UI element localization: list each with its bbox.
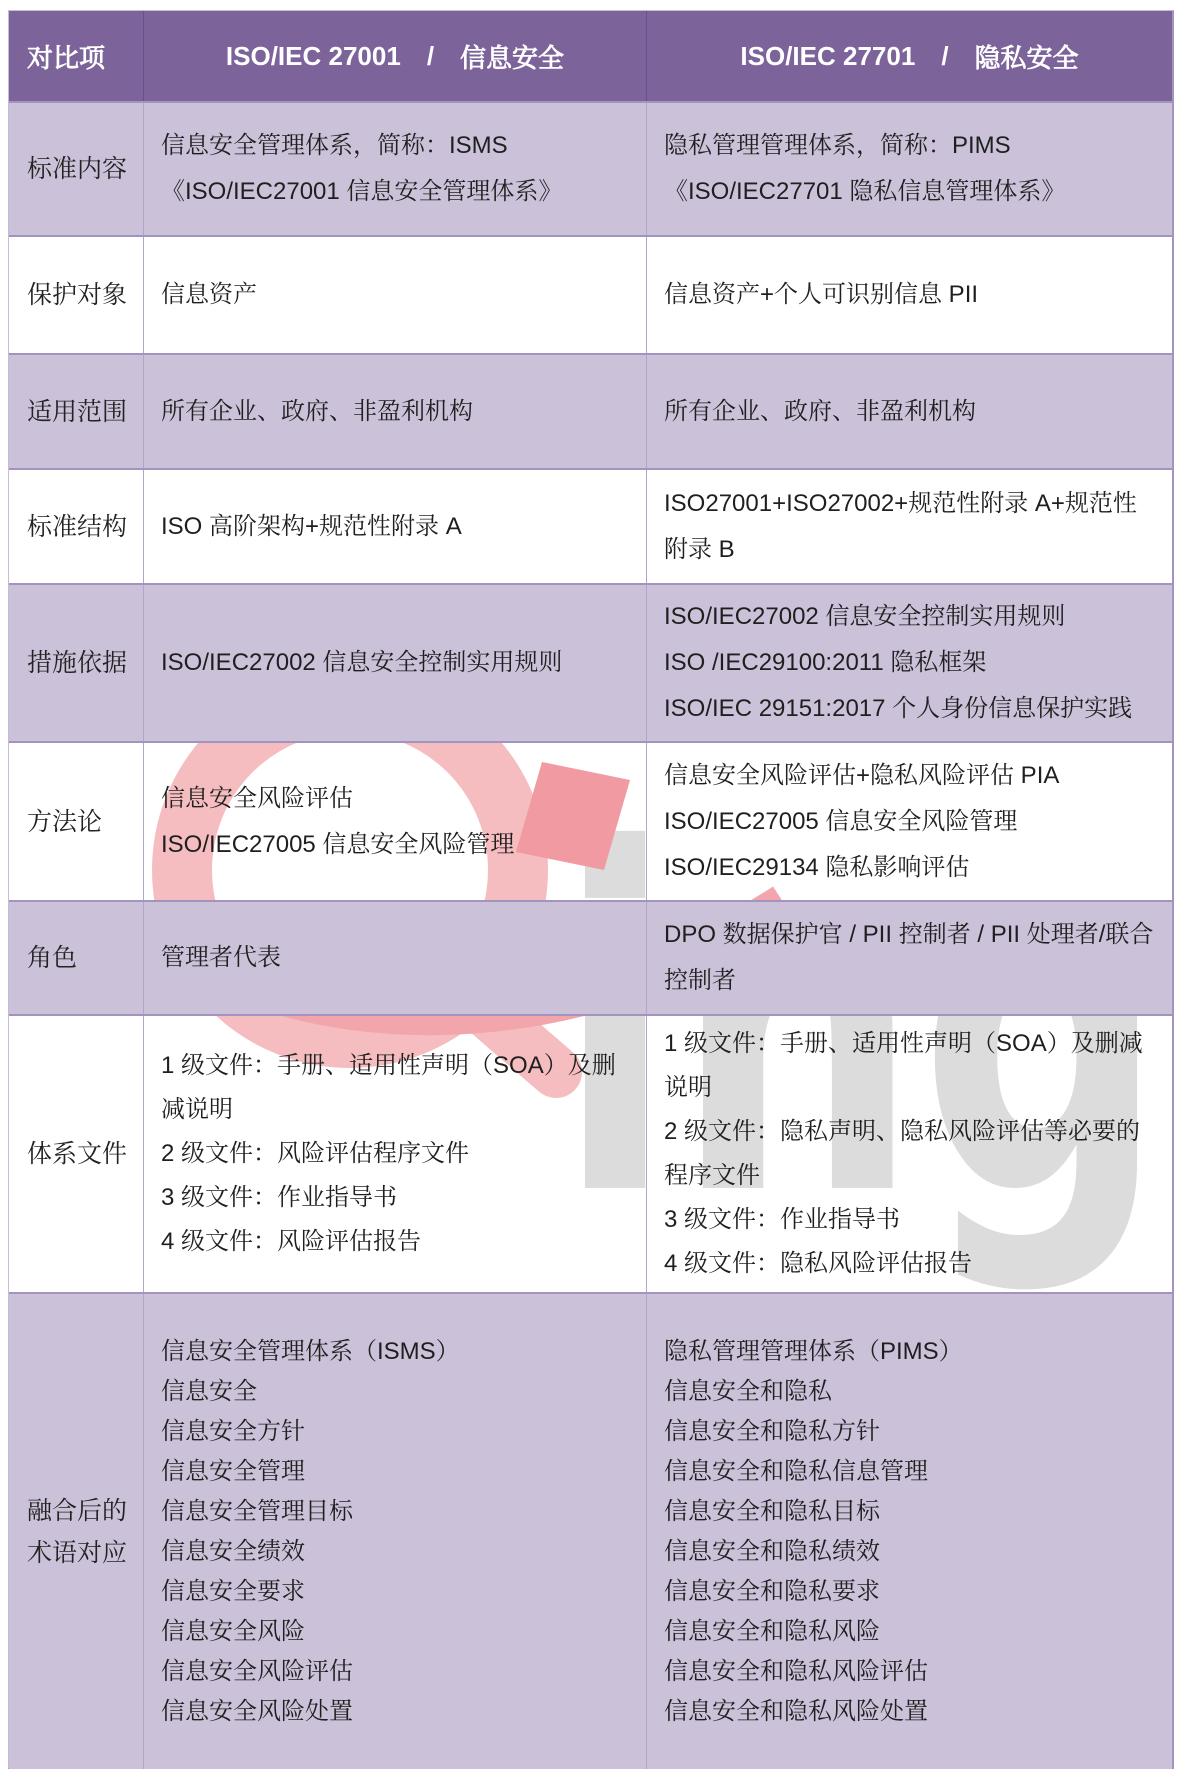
cell-line: 4 级文件：风险评估报告 [161,1220,634,1264]
cell-line: 信息安全风险 [161,1612,634,1652]
header-iso27701-name: 隐私安全 [975,38,1079,75]
row-label: 方法论 [9,743,144,900]
iso-comparison-table-image: ing 对比项 ISO/IEC 27001 / 信息安全 ISO/IEC 277… [0,0,1182,1780]
cell-27701: 信息资产+个人可识别信息 PII [647,237,1172,353]
cell-27701: 信息安全风险评估+隐私风险评估 PIA ISO/IEC27005 信息安全风险管… [647,743,1172,900]
table-row-protected-object: 保护对象 信息资产 信息资产+个人可识别信息 PII [9,235,1172,353]
cell-line: 信息安全绩效 [161,1532,634,1572]
cell-line: 信息安全和隐私要求 [664,1572,1160,1612]
cell-line: 2 级文件：风险评估程序文件 [161,1132,634,1176]
cell-27001: ISO/IEC27002 信息安全控制实用规则 [144,585,647,741]
cell-27701: ISO27001+ISO27002+规范性附录 A+规范性附录 B [647,470,1172,583]
header-separator-slash: / [941,41,948,72]
table-row-system-documents: 体系文件 1 级文件：手册、适用性声明（SOA）及删减说明 2 级文件：风险评估… [9,1014,1172,1292]
row-label: 标准内容 [9,103,144,235]
table-row-standard-structure: 标准结构 ISO 高阶架构+规范性附录 A ISO27001+ISO27002+… [9,468,1172,583]
cell-line: 2 级文件：隐私声明、隐私风险评估等必要的程序文件 [664,1110,1160,1198]
cell-line: 信息安全要求 [161,1572,634,1612]
cell-line: 信息安全和隐私目标 [664,1492,1160,1532]
cell-line: 1 级文件：手册、适用性声明（SOA）及删减说明 [161,1044,634,1132]
cell-27701: 所有企业、政府、非盈利机构 [647,355,1172,468]
row-label: 标准结构 [9,470,144,583]
cell-line: 信息安全和隐私信息管理 [664,1452,1160,1492]
cell-line: 信息安全和隐私风险处置 [664,1692,1160,1732]
cell-27701: 隐私管理管理体系，简称：PIMS 《ISO/IEC27701 隐私信息管理体系》 [647,103,1172,235]
table-row-merged-terms: 融合后的术语对应 信息安全管理体系（ISMS） 信息安全 信息安全方针 信息安全… [9,1292,1172,1769]
cell-line: 信息安全风险处置 [161,1692,634,1732]
header-iso27001-code: ISO/IEC 27001 [226,41,401,72]
cell-line: 信息安全和隐私风险 [664,1612,1160,1652]
table-row-roles: 角色 管理者代表 DPO 数据保护官 / PII 控制者 / PII 处理者/联… [9,900,1172,1014]
comparison-table: 对比项 ISO/IEC 27001 / 信息安全 ISO/IEC 27701 /… [8,10,1174,1769]
cell-line: 信息安全风险评估 [161,1652,634,1692]
cell-27701: ISO/IEC27002 信息安全控制实用规则 ISO /IEC29100:20… [647,585,1172,741]
cell-line: 信息安全和隐私风险评估 [664,1652,1160,1692]
table-row-measure-basis: 措施依据 ISO/IEC27002 信息安全控制实用规则 ISO/IEC2700… [9,583,1172,741]
cell-line: 《ISO/IEC27001 信息安全管理体系》 [161,169,634,215]
table-header-row: 对比项 ISO/IEC 27001 / 信息安全 ISO/IEC 27701 /… [9,11,1172,101]
cell-27701: DPO 数据保护官 / PII 控制者 / PII 处理者/联合控制者 [647,902,1172,1014]
cell-27001: 信息安全风险评估 ISO/IEC27005 信息安全风险管理 [144,743,647,900]
cell-27001: 1 级文件：手册、适用性声明（SOA）及删减说明 2 级文件：风险评估程序文件 … [144,1016,647,1292]
cell-27001: 所有企业、政府、非盈利机构 [144,355,647,468]
cell-line: ISO/IEC 29151:2017 个人身份信息保护实践 [664,686,1160,732]
cell-line: 所有企业、政府、非盈利机构 [161,389,634,435]
cell-line: 信息安全管理 [161,1452,634,1492]
table-row-standard-content: 标准内容 信息安全管理体系，简称：ISMS 《ISO/IEC27001 信息安全… [9,101,1172,235]
cell-27001: ISO 高阶架构+规范性附录 A [144,470,647,583]
row-label: 保护对象 [9,237,144,353]
row-label: 体系文件 [9,1016,144,1292]
cell-line: 信息资产 [161,272,634,318]
cell-27001: 信息安全管理体系（ISMS） 信息安全 信息安全方针 信息安全管理 信息安全管理… [144,1294,647,1769]
cell-line: 信息安全管理目标 [161,1492,634,1532]
row-label: 措施依据 [9,585,144,741]
row-label: 角色 [9,902,144,1014]
cell-27701: 1 级文件：手册、适用性声明（SOA）及删减说明 2 级文件：隐私声明、隐私风险… [647,1016,1172,1292]
cell-27701: 隐私管理管理体系（PIMS） 信息安全和隐私 信息安全和隐私方针 信息安全和隐私… [647,1294,1172,1769]
cell-line: 信息安全风险评估+隐私风险评估 PIA [664,753,1160,799]
cell-line: 信息安全风险评估 [161,776,634,822]
cell-27001: 信息安全管理体系，简称：ISMS 《ISO/IEC27001 信息安全管理体系》 [144,103,647,235]
cell-line: ISO/IEC27002 信息安全控制实用规则 [664,594,1160,640]
table-row-applicable-scope: 适用范围 所有企业、政府、非盈利机构 所有企业、政府、非盈利机构 [9,353,1172,468]
cell-line: 1 级文件：手册、适用性声明（SOA）及删减说明 [664,1022,1160,1110]
cell-line: ISO/IEC27005 信息安全风险管理 [664,799,1160,845]
cell-line: 4 级文件：隐私风险评估报告 [664,1242,1160,1286]
cell-line: 3 级文件：作业指导书 [664,1198,1160,1242]
row-label: 融合后的术语对应 [9,1294,144,1769]
header-iso27001-name: 信息安全 [460,38,564,75]
cell-line: ISO/IEC29134 隐私影响评估 [664,845,1160,891]
cell-27001: 管理者代表 [144,902,647,1014]
cell-line: ISO/IEC27005 信息安全风险管理 [161,822,634,868]
cell-27001: 信息资产 [144,237,647,353]
cell-line: 信息安全和隐私绩效 [664,1532,1160,1572]
header-separator-slash: / [427,41,434,72]
cell-line: 信息资产+个人可识别信息 PII [664,272,1160,318]
cell-line: ISO/IEC27002 信息安全控制实用规则 [161,640,634,686]
cell-line: 隐私管理管理体系，简称：PIMS [664,123,1160,169]
cell-line: 信息安全管理体系（ISMS） [161,1332,634,1372]
header-iso27701: ISO/IEC 27701 / 隐私安全 [647,11,1172,101]
cell-line: 信息安全管理体系，简称：ISMS [161,123,634,169]
cell-line: 所有企业、政府、非盈利机构 [664,389,1160,435]
header-iso27001: ISO/IEC 27001 / 信息安全 [144,11,647,101]
table-row-methodology: 方法论 信息安全风险评估 ISO/IEC27005 信息安全风险管理 信息安全风… [9,741,1172,900]
header-iso27701-code: ISO/IEC 27701 [740,41,915,72]
cell-line: 信息安全 [161,1372,634,1412]
cell-line: 信息安全和隐私 [664,1372,1160,1412]
cell-line: 隐私管理管理体系（PIMS） [664,1332,1160,1372]
cell-line: 《ISO/IEC27701 隐私信息管理体系》 [664,169,1160,215]
cell-line: 3 级文件：作业指导书 [161,1176,634,1220]
cell-line: 管理者代表 [161,935,634,981]
cell-line: 信息安全方针 [161,1412,634,1452]
header-compare-item: 对比项 [9,11,144,101]
row-label: 适用范围 [9,355,144,468]
cell-line: 信息安全和隐私方针 [664,1412,1160,1452]
cell-line: ISO /IEC29100:2011 隐私框架 [664,640,1160,686]
cell-line: ISO 高阶架构+规范性附录 A [161,504,634,550]
cell-line: DPO 数据保护官 / PII 控制者 / PII 处理者/联合控制者 [664,912,1160,1004]
cell-line: ISO27001+ISO27002+规范性附录 A+规范性附录 B [664,481,1160,573]
